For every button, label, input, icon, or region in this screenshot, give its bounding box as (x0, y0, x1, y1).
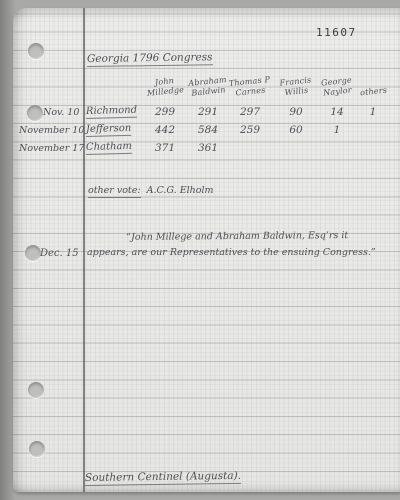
quote-line-1: “John Millege and Abraham Baldwin, Esq’r… (126, 230, 348, 243)
scanned-page: 11607 Georgia 1796 Congress John Milledg… (0, 0, 400, 500)
vote-cell: 60 (274, 124, 318, 136)
vote-cell: 291 (186, 106, 230, 118)
vote-cell: 1 (315, 124, 359, 136)
row-date: Nov. 10 (43, 107, 79, 118)
archive-stamp-number: 11607 (316, 26, 357, 39)
other-vote-value: A.C.G. Elholm (147, 185, 214, 196)
row-date: November 17 (19, 143, 84, 154)
entry-date: Dec. 15 (40, 248, 79, 259)
quote-line-2: appears, are our Representatives to the … (87, 247, 376, 258)
punch-hole (27, 105, 43, 121)
margin-line (83, 8, 85, 492)
punch-hole (29, 441, 45, 457)
punch-hole (28, 43, 44, 59)
vote-cell: 259 (228, 124, 272, 136)
punch-hole (25, 245, 41, 261)
other-vote-label: other vote: (88, 185, 141, 198)
vote-cell: 1 (351, 106, 395, 118)
source-citation: Southern Centinel (Augusta). (85, 470, 241, 486)
row-county: Jefferson (86, 123, 132, 137)
vote-cell: 299 (143, 106, 187, 118)
row-county: Chatham (86, 141, 132, 155)
row-date: November 10 (19, 125, 84, 136)
vote-cell: 90 (274, 106, 318, 118)
page-title: Georgia 1796 Congress (87, 51, 213, 67)
vote-cell: 371 (143, 142, 187, 154)
row-county: Richmond (86, 105, 137, 119)
punch-hole (28, 382, 44, 398)
other-vote-note: other vote:A.C.G. Elholm (88, 185, 214, 196)
vote-cell: 442 (143, 124, 187, 136)
vote-cell: 361 (186, 142, 230, 154)
vote-cell: 297 (228, 106, 272, 118)
vote-cell: 584 (186, 124, 230, 136)
